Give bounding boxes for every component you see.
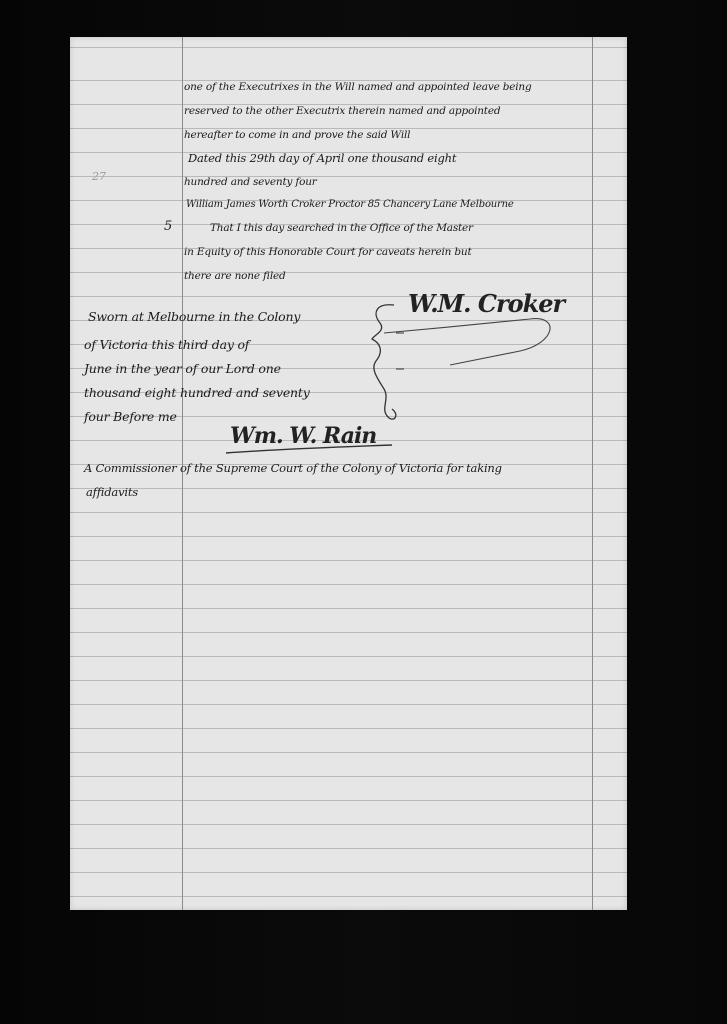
jurat-line-4: thousand eight hundred and seventy — [84, 385, 310, 400]
body-line-7: That I this day searched in the Office o… — [210, 222, 473, 234]
pencil-margin-mark: 27 — [92, 170, 106, 183]
body-line-2: reserved to the other Executrix therein … — [184, 105, 500, 117]
paragraph-number: 5 — [164, 219, 172, 234]
document-page: 27 one of the Executrixes in the Will na… — [70, 37, 627, 910]
body-line-3: hereafter to come in and prove the said … — [184, 129, 410, 141]
jurat-line-1: Sworn at Melbourne in the Colony — [88, 309, 300, 324]
body-line-1: one of the Executrixes in the Will named… — [184, 81, 532, 93]
jurat-line-3: June in the year of our Lord one — [84, 361, 281, 376]
commissioner-title-line-1: A Commissioner of the Supreme Court of t… — [84, 461, 502, 475]
jurat-line-2: of Victoria this third day of — [84, 337, 249, 352]
jurat-line-5: four Before me — [84, 409, 177, 424]
body-line-4: Dated this 29th day of April one thousan… — [188, 151, 456, 165]
signature-flourish — [370, 309, 570, 379]
body-line-9: there are none filed — [184, 270, 286, 282]
body-line-6: William James Worth Croker Proctor 85 Ch… — [186, 199, 514, 210]
commissioner-title-line-2: affidavits — [86, 485, 138, 499]
body-line-5: hundred and seventy four — [184, 176, 317, 188]
body-line-8: in Equity of this Honorable Court for ca… — [184, 246, 471, 258]
right-margin-rule — [592, 37, 593, 910]
commissioner-signature-underline — [220, 441, 400, 461]
